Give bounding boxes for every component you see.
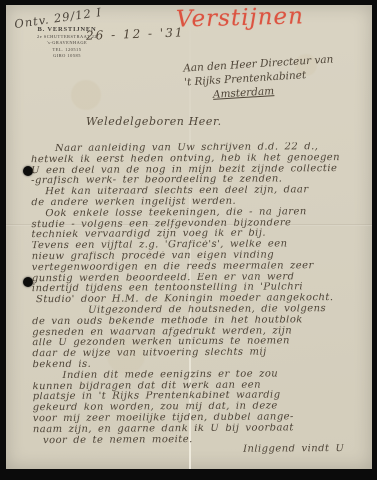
body-line: Inliggend vindt U bbox=[33, 444, 371, 457]
red-crayon-name-annotation: Verstijnen bbox=[176, 5, 305, 33]
letter-date: 26 - 12 - '31 bbox=[86, 25, 185, 42]
scanned-letter-page: Ontv. 29/12 I Verstijnen B. VERSTIJNEN 2… bbox=[0, 0, 377, 480]
letter-paper: Ontv. 29/12 I Verstijnen B. VERSTIJNEN 2… bbox=[6, 5, 372, 469]
salutation: Weledelgeboren Heer. bbox=[86, 115, 222, 128]
letter-body: Naar aanleiding van Uw schrijven d.d. 22… bbox=[31, 142, 371, 457]
letterhead-line: GIRO 10585 bbox=[22, 53, 112, 59]
recipient-address-block: Aan den Heer Directeur van't Rijks Prent… bbox=[183, 52, 336, 103]
